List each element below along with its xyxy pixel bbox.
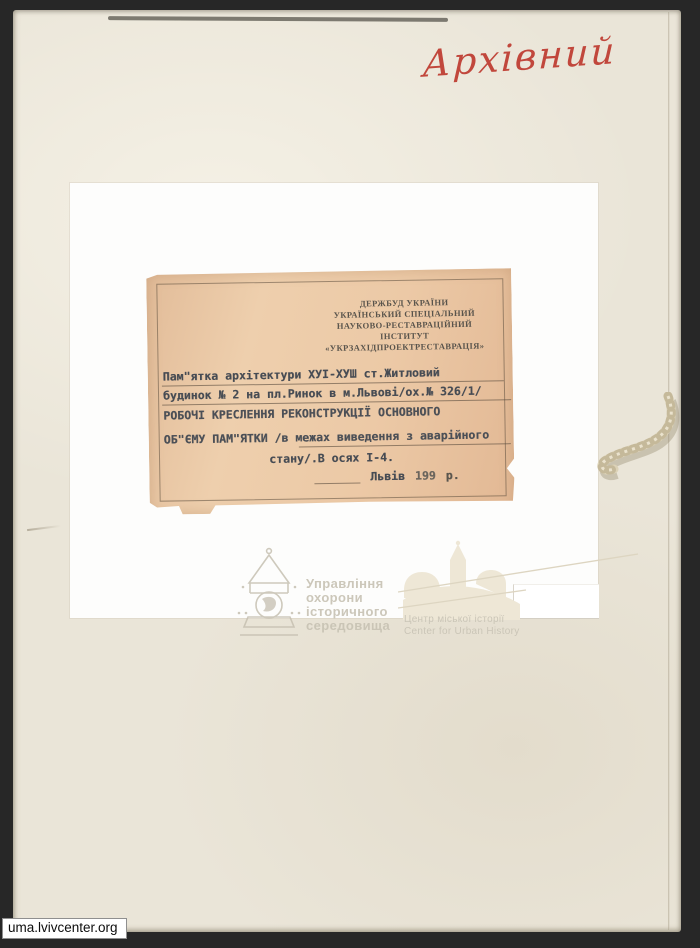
heritage-office-line: Управління — [306, 577, 390, 591]
urban-history-watermark: Центр міської історії Center for Urban H… — [404, 614, 520, 638]
heritage-office-line: охорони — [306, 591, 390, 605]
folder-string — [592, 392, 700, 492]
folder-left-crease — [27, 525, 61, 531]
urban-history-line: Center for Urban History — [404, 626, 520, 638]
archival-scan: Архівний Управління охорони історичного … — [0, 0, 700, 948]
heritage-office-logo-icon — [236, 545, 302, 643]
institute-header: ДЕРЖБУД УКРАЇНИ УКРАЇНСЬКИЙ СПЕЦІАЛЬНИЙ … — [287, 296, 523, 355]
folder-spine-edge — [108, 16, 448, 22]
heritage-office-line: історичного — [306, 605, 390, 619]
label-signature-row: Львів 199 р. — [314, 468, 459, 484]
archival-label: ДЕРЖБУД УКРАЇНИ УКРАЇНСЬКИЙ СПЕЦІАЛЬНИЙ … — [146, 268, 515, 515]
label-year-suffix: р. — [446, 468, 460, 482]
label-city: Львів — [370, 469, 405, 484]
urban-history-logo-icon — [398, 540, 643, 620]
site-watermark: uma.lvivcenter.org — [2, 918, 127, 939]
heritage-office-watermark: Управління охорони історичного середовищ… — [306, 577, 390, 633]
urban-history-line: Центр міської історії — [404, 614, 520, 626]
label-year: 199 — [415, 468, 436, 482]
form-rule — [314, 471, 360, 485]
heritage-office-line: середовища — [306, 619, 390, 633]
